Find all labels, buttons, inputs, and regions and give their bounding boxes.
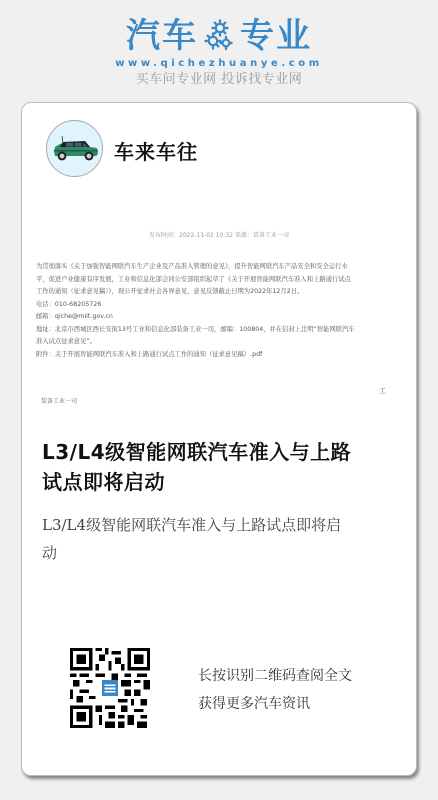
qr-instruction-line2: 获得更多汽车资讯	[198, 690, 352, 718]
document-line: 为贯彻落实《关于加强智能网联汽车生产企业及产品准入管理的意见》，提升智能网联汽车…	[36, 261, 390, 274]
logo-word-right: 专业	[240, 16, 312, 56]
document-line: 邮箱：qiche@miit.gov.cn	[36, 311, 390, 324]
car-icon	[52, 134, 100, 162]
document-body: 为贯彻落实《关于加强智能网联汽车生产企业及产品准入管理的意见》，提升智能网联汽车…	[36, 261, 390, 361]
document-signature: 装备工业一司	[41, 396, 77, 405]
qr-code-icon[interactable]	[70, 648, 150, 728]
document-line: 工作的通知（征求意见稿）》，现公开征求社会各界意见，意见反馈截止日期为2022年…	[36, 286, 390, 299]
site-url: www.qichezhuanye.com	[0, 57, 438, 71]
document-line: 平，促进产业健康有序发展，工业和信息化部会同公安部组织起草了《关于开展智能网联汽…	[36, 274, 390, 287]
site-logo: 汽车 专	[0, 16, 438, 89]
avatar	[46, 120, 103, 177]
document-line: 准入试点征求意见”。	[36, 336, 390, 349]
article-title: L3/L4级智能网联汽车准入与上路试点即将启动	[42, 437, 362, 497]
logo-main: 汽车 专	[0, 16, 438, 56]
logo-word-left: 汽车	[126, 16, 198, 56]
qr-instruction-line1: 长按识别二维码查阅全文	[198, 662, 352, 690]
gears-icon	[204, 19, 234, 53]
document-attachment-link[interactable]: 附件：关于开展智能网联汽车准入和上路通行试点工作的通知（征求意见稿）.pdf	[36, 349, 390, 362]
document-line: 电话：010-68205726	[36, 299, 390, 312]
site-slogan: 买车问专业网 投诉找专业网	[0, 71, 438, 89]
document-side-text: 工	[379, 386, 386, 396]
article-summary: L3/L4级智能网联汽车准入与上路试点即将启动	[42, 511, 352, 567]
qr-instructions: 长按识别二维码查阅全文 获得更多汽车资讯	[198, 662, 352, 718]
document-line: 地址：北京市西城区西长安街13号工业和信息化部装备工业一司，邮编：100804，…	[36, 324, 390, 337]
author-name: 车来车往	[114, 136, 198, 165]
document-meta: 发布时间：2022-11-02 10:32 来源：装备工业一司	[22, 230, 416, 239]
article-share-card: 车来车往 发布时间：2022-11-02 10:32 来源：装备工业一司 为贯彻…	[21, 102, 417, 776]
